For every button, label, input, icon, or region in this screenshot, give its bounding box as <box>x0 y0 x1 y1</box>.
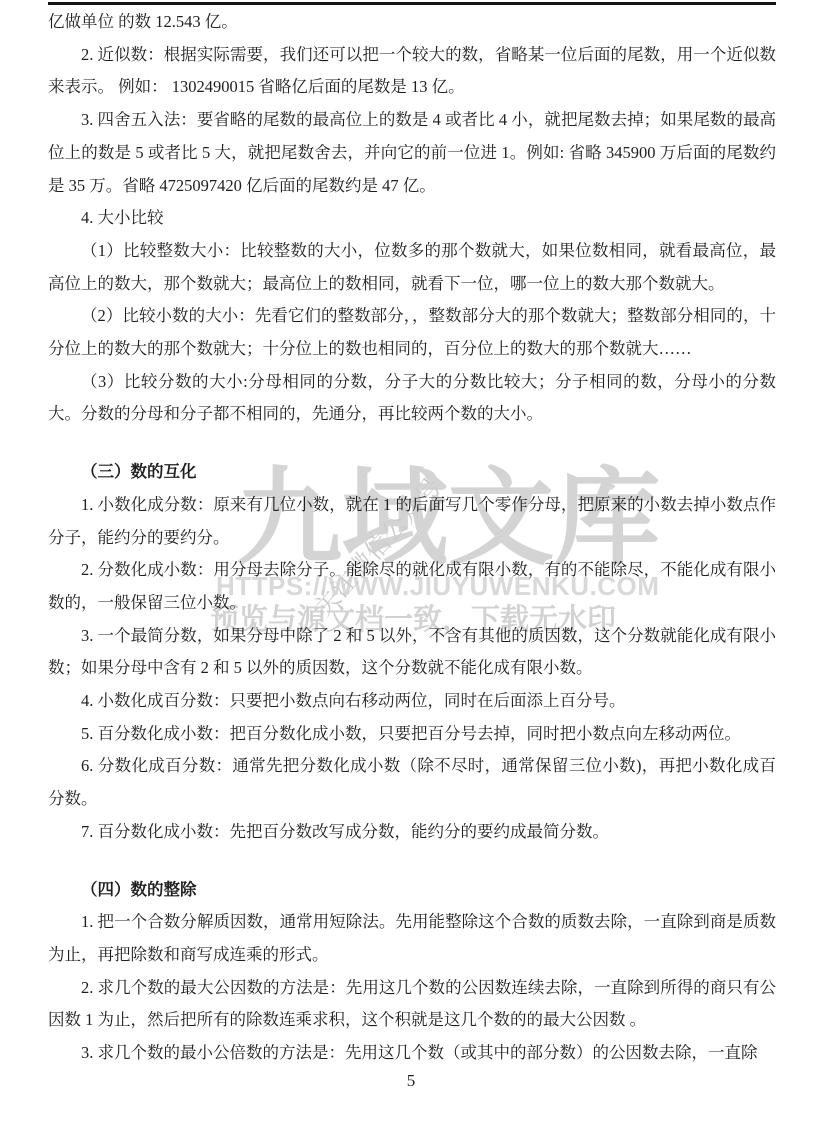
text-paragraph: 1. 小数化成分数：原来有几位小数，就在 1 的后面写几个零作分母，把原来的小数… <box>48 489 776 554</box>
text-paragraph: 2. 近似数：根据实际需要，我们还可以把一个较大的数，省略某一位后面的尾数，用一… <box>48 39 776 104</box>
text-paragraph: （1）比较整数大小：比较整数的大小，位数多的那个数就大，如果位数相同，就看最高位… <box>48 235 776 300</box>
text-paragraph: 5. 百分数化成小数：把百分数化成小数，只要把百分号去掉，同时把小数点向左移动两… <box>48 718 776 751</box>
section-heading: （三）数的互化 <box>48 456 776 489</box>
text-paragraph: 4. 小数化成百分数：只要把小数点向右移动两位，同时在后面添上百分号。 <box>48 685 776 718</box>
text-paragraph: （3）比较分数的大小:分母相同的分数，分子大的分数比较大；分子相同的数，分母小的… <box>48 366 776 431</box>
document-page: 九域文库 HTTPS://WWW.JIUYUWENKU.COM 预览与源文档一致… <box>0 0 822 1122</box>
page-top-border <box>48 2 776 5</box>
text-paragraph: 3. 四舍五入法：要省略的尾数的最高位上的数是 4 或者比 4 小，就把尾数去掉… <box>48 104 776 202</box>
text-paragraph: 4. 大小比较 <box>48 202 776 235</box>
section-heading: （四）数的整除 <box>48 874 776 907</box>
text-paragraph: 1. 把一个合数分解质因数，通常用短除法。先用能整除这个合数的质数去除，一直除到… <box>48 906 776 971</box>
text-paragraph: 3. 求几个数的最小公倍数的方法是：先用这几个数（或其中的部分数）的公因数去除，… <box>48 1037 776 1070</box>
document-content: 亿做单位 的数 12.543 亿。2. 近似数：根据实际需要，我们还可以把一个较… <box>48 6 776 1070</box>
text-paragraph: 亿做单位 的数 12.543 亿。 <box>48 6 776 39</box>
page-number: 5 <box>0 1070 822 1092</box>
text-paragraph: 3. 一个最简分数，如果分母中除了 2 和 5 以外，不含有其他的质因数，这个分… <box>48 620 776 685</box>
text-paragraph: 6. 分数化成百分数：通常先把分数化成小数（除不尽时，通常保留三位小数)，再把小… <box>48 750 776 815</box>
text-paragraph: （2）比较小数的大小：先看它们的整数部分，，整数部分大的那个数就大；整数部分相同… <box>48 300 776 365</box>
text-paragraph: 7. 百分数化成小数：先把百分数改写成分数，能约分的要约成最简分数。 <box>48 816 776 849</box>
text-paragraph: 2. 分数化成小数：用分母去除分子。能除尽的就化成有限小数，有的不能除尽，不能化… <box>48 554 776 619</box>
text-paragraph: 2. 求几个数的最大公因数的方法是：先用这几个数的公因数连续去除，一直除到所得的… <box>48 972 776 1037</box>
